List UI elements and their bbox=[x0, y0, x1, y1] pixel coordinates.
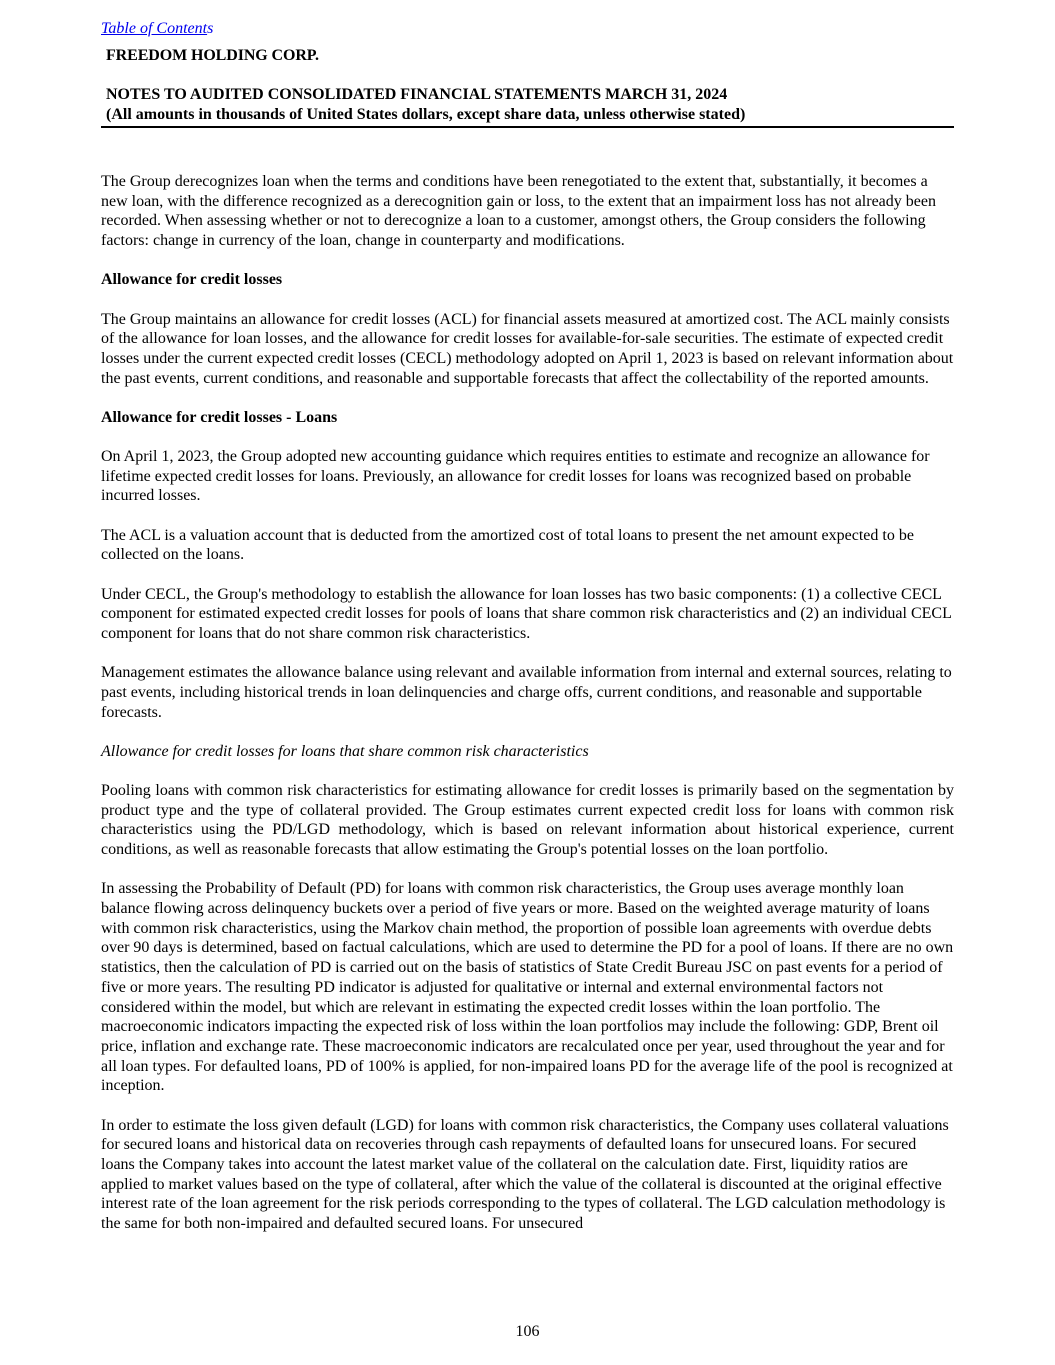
page-title: NOTES TO AUDITED CONSOLIDATED FINANCIAL … bbox=[106, 85, 727, 105]
heading-allowance-credit-losses: Allowance for credit losses bbox=[101, 270, 954, 290]
paragraph-management-estimates: Management estimates the allowance balan… bbox=[101, 663, 954, 722]
company-name: FREEDOM HOLDING CORP. bbox=[106, 46, 319, 66]
toc-link-tail[interactable]: s bbox=[207, 20, 213, 37]
toc-link-text[interactable]: Table of Content bbox=[101, 20, 207, 37]
subheading-common-risk: Allowance for credit losses for loans th… bbox=[101, 742, 954, 762]
paragraph-pooling: Pooling loans with common risk character… bbox=[101, 781, 954, 860]
paragraph-acl-overview: The Group maintains an allowance for cre… bbox=[101, 310, 954, 389]
paragraph-probability-of-default: In assessing the Probability of Default … bbox=[101, 879, 954, 1096]
page-subtitle: (All amounts in thousands of United Stat… bbox=[106, 105, 745, 125]
paragraph-cecl-components: Under CECL, the Group's methodology to e… bbox=[101, 585, 954, 644]
document-body: The Group derecognizes loan when the ter… bbox=[101, 172, 954, 1253]
paragraph-valuation-account: The ACL is a valuation account that is d… bbox=[101, 526, 954, 565]
table-of-contents-link[interactable]: Table of Contents bbox=[101, 19, 213, 39]
page-number: 106 bbox=[0, 1322, 1055, 1342]
paragraph-loss-given-default: In order to estimate the loss given defa… bbox=[101, 1116, 954, 1234]
paragraph-derecognition: The Group derecognizes loan when the ter… bbox=[101, 172, 954, 251]
header-divider bbox=[101, 126, 954, 128]
heading-allowance-loans: Allowance for credit losses - Loans bbox=[101, 408, 954, 428]
paragraph-adoption: On April 1, 2023, the Group adopted new … bbox=[101, 447, 954, 506]
